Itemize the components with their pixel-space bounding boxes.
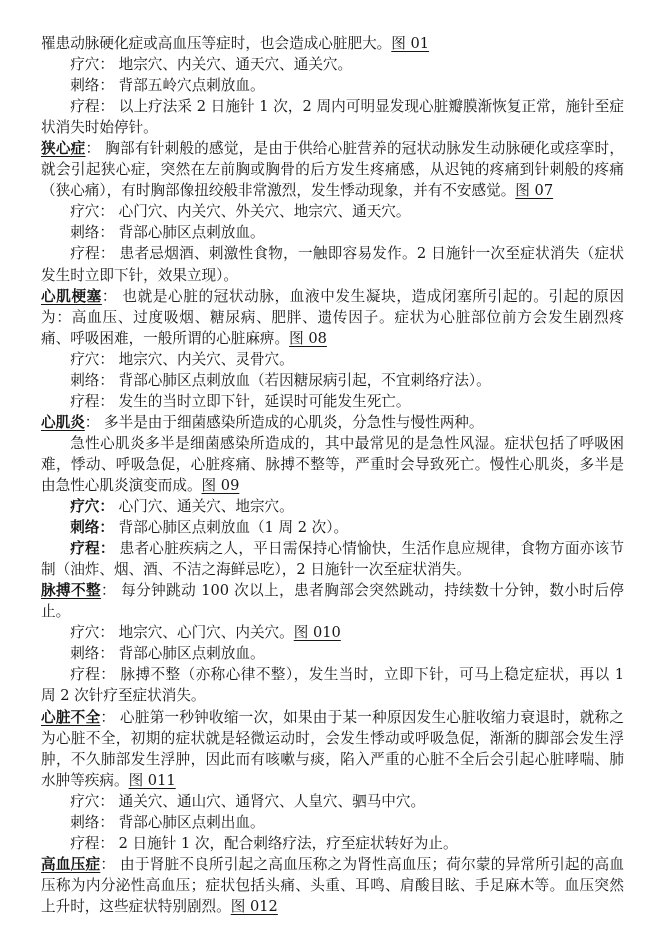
text-run: 疗程： 脉搏不整（亦称心律不整），发生当时，立即下针，可马上稳定症状，再以 1 …: [41, 666, 624, 704]
paragraph: 疗程： 以上疗法采 2 日施针 1 次，2 周内可明显发现心脏瓣膜渐恢复正常，施…: [41, 96, 624, 138]
paragraph: 罹患动脉硬化症或高血压等症时，也会造成心脏肥大。图 01: [41, 33, 624, 54]
figure-reference: 图 08: [289, 330, 327, 347]
figure-reference: 图 011: [129, 772, 176, 789]
text-run: 刺络： 背部五岭穴点刺放血。: [70, 77, 264, 94]
text-run: ： 每分钟跳动 100 次以上，患者胸部会突然跳动，持续数十分钟，数小时后停止。: [41, 582, 624, 620]
paragraph: 高血压症： 由于肾脏不良所引起之高血压称之为肾性高血压；荷尔蒙的异常所引起的高血…: [41, 854, 624, 917]
text-run: 疗穴： 地宗穴、心门穴、内关穴。: [70, 624, 294, 641]
text-run: 刺络： 背部心肺区点刺放血。: [70, 224, 264, 241]
section-angina-pectoris: 狭心症： 胸部有针刺般的感觉，是由于供给心脏营养的冠状动脉发生动脉硬化或痉挛时，…: [41, 138, 624, 285]
paragraph: 疗穴： 通关穴、通山穴、通肾穴、人皇穴、驷马中穴。: [41, 791, 624, 812]
text-run: 疗穴： 通关穴、通山穴、通肾穴、人皇穴、驷马中穴。: [70, 793, 425, 810]
paragraph: 急性心肌炎多半是细菌感染所造成的，其中最常见的是急性风湿。症状包括了呼吸困难，悸…: [41, 433, 624, 496]
text-run: ： 由于肾脏不良所引起之高血压称之为肾性高血压；荷尔蒙的异常所引起的高血压称为内…: [41, 856, 624, 915]
section-cardiac-hypertrophy-continued: 罹患动脉硬化症或高血压等症时，也会造成心脏肥大。图 01疗穴： 地宗穴、内关穴、…: [41, 33, 624, 138]
paragraph: 疗穴： 地宗穴、内关穴、通天穴、通关穴。: [41, 54, 624, 75]
paragraph: 心脏不全： 心脏第一秒钟收缩一次，如果由于某一种原因发生心脏收缩力衰退时，就称之…: [41, 707, 624, 791]
paragraph: 刺络： 背部心肺区点刺放血（1 周 2 次）。: [41, 517, 624, 538]
figure-reference: 图 012: [231, 898, 278, 915]
text-run: 背部心肺区点刺放血（1 周 2 次）。: [114, 519, 348, 536]
paragraph: 疗穴： 心门穴、内关穴、外关穴、地宗穴、通天穴。: [41, 201, 624, 222]
section-hypertension: 高血压症： 由于肾脏不良所引起之高血压称之为肾性高血压；荷尔蒙的异常所引起的高血…: [41, 854, 624, 917]
text-run: 疗程： 患者忌烟酒、刺激性食物，一触即容易发作。2 日施针一次至症状消失（症状发…: [41, 245, 624, 283]
paragraph: 刺络： 背部心肺区点刺放血（若因糖尿病引起，不宜刺络疗法）。: [41, 370, 624, 391]
paragraph: 刺络： 背部五岭穴点刺放血。: [41, 75, 624, 96]
text-run: 疗程： 2 日施针 1 次，配合刺络疗法，疗至症状转好为止。: [70, 835, 457, 852]
text-run: ： 多半是由于细菌感染所造成的心肌炎，分急性与慢性两种。: [85, 414, 484, 431]
text-run: 疗穴： 心门穴、内关穴、外关穴、地宗穴、通天穴。: [70, 203, 410, 220]
paragraph: 心肌炎： 多半是由于细菌感染所造成的心肌炎，分急性与慢性两种。: [41, 412, 624, 433]
text-run: 罹患动脉硬化症或高血压等症时，也会造成心脏肥大。: [41, 35, 391, 52]
text-run: 疗程： 以上疗法采 2 日施针 1 次，2 周内可明显发现心脏瓣膜渐恢复正常，施…: [41, 98, 624, 136]
paragraph: 疗穴： 心门穴、通关穴、地宗穴。: [41, 496, 624, 517]
section-heading: 心脏不全: [41, 709, 100, 726]
paragraph: 刺络： 背部心肺区点刺放血。: [41, 222, 624, 243]
section-irregular-pulse: 脉搏不整： 每分钟跳动 100 次以上，患者胸部会突然跳动，持续数十分钟，数小时…: [41, 580, 624, 706]
field-label: 疗程：: [70, 540, 115, 557]
paragraph: 疗程： 患者心脏疾病之人，平日需保持心情愉快，生活作息应规律，食物方面亦该节制（…: [41, 538, 624, 580]
text-run: 疗穴： 地宗穴、内关穴、灵骨穴。: [70, 351, 294, 368]
field-label: 刺络：: [70, 519, 114, 536]
paragraph: 心肌梗塞： 也就是心脏的冠状动脉，血液中发生凝块，造成闭塞所引起的。引起的原因为…: [41, 286, 624, 349]
section-heading: 高血压症: [41, 856, 100, 873]
section-myocarditis: 心肌炎： 多半是由于细菌感染所造成的心肌炎，分急性与慢性两种。急性心肌炎多半是细…: [41, 412, 624, 580]
section-myocardial-infarction: 心肌梗塞： 也就是心脏的冠状动脉，血液中发生凝块，造成闭塞所引起的。引起的原因为…: [41, 286, 624, 412]
section-cardiac-insufficiency: 心脏不全： 心脏第一秒钟收缩一次，如果由于某一种原因发生心脏收缩力衰退时，就称之…: [41, 707, 624, 854]
figure-reference: 图 09: [202, 477, 240, 494]
text-run: 疗穴： 地宗穴、内关穴、通天穴、通关穴。: [70, 56, 352, 73]
paragraph: 刺络： 背部心肺区点刺出血。: [41, 812, 624, 833]
text-run: 心门穴、通关穴、地宗穴。: [114, 498, 294, 515]
document-content: 罹患动脉硬化症或高血压等症时，也会造成心脏肥大。图 01疗穴： 地宗穴、内关穴、…: [41, 33, 624, 917]
paragraph: 疗穴： 地宗穴、心门穴、内关穴。图 010: [41, 622, 624, 643]
section-heading: 脉搏不整: [41, 582, 101, 599]
text-run: 刺络： 背部心肺区点刺放血（若因糖尿病引起，不宜刺络疗法）。: [70, 372, 491, 389]
text-run: 患者心脏疾病之人，平日需保持心情愉快，生活作息应规律，食物方面亦该节制（油炸、烟…: [41, 540, 624, 578]
figure-reference: 图 010: [294, 624, 341, 641]
paragraph: 疗穴： 地宗穴、内关穴、灵骨穴。: [41, 349, 624, 370]
paragraph: 疗程： 2 日施针 1 次，配合刺络疗法，疗至症状转好为止。: [41, 833, 624, 854]
text-run: 疗程： 发生的当时立即下针，延误时可能发生死亡。: [70, 393, 410, 410]
paragraph: 狭心症： 胸部有针刺般的感觉，是由于供给心脏营养的冠状动脉发生动脉硬化或痉挛时，…: [41, 138, 624, 201]
paragraph: 脉搏不整： 每分钟跳动 100 次以上，患者胸部会突然跳动，持续数十分钟，数小时…: [41, 580, 624, 622]
section-heading: 心肌梗塞: [41, 288, 102, 305]
text-run: ： 也就是心脏的冠状动脉，血液中发生凝块，造成闭塞所引起的。引起的原因为：高血压…: [41, 288, 624, 347]
section-heading: 心肌炎: [41, 414, 85, 431]
paragraph: 疗程： 发生的当时立即下针，延误时可能发生死亡。: [41, 391, 624, 412]
field-label: 疗穴：: [70, 498, 114, 515]
text-run: 刺络： 背部心肺区点刺放血。: [70, 645, 264, 662]
section-heading: 狭心症: [41, 140, 86, 157]
text-run: 刺络： 背部心肺区点刺出血。: [70, 814, 264, 831]
paragraph: 疗程： 脉搏不整（亦称心律不整），发生当时，立即下针，可马上稳定症状，再以 1 …: [41, 664, 624, 706]
paragraph: 刺络： 背部心肺区点刺放血。: [41, 643, 624, 664]
figure-reference: 图 07: [515, 182, 553, 199]
text-run: 急性心肌炎多半是细菌感染所造成的，其中最常见的是急性风湿。症状包括了呼吸困难，悸…: [41, 435, 624, 494]
figure-reference: 图 01: [391, 35, 429, 52]
document-page: 罹患动脉硬化症或高血压等症时，也会造成心脏肥大。图 01疗穴： 地宗穴、内关穴、…: [0, 0, 665, 945]
paragraph: 疗程： 患者忌烟酒、刺激性食物，一触即容易发作。2 日施针一次至症状消失（症状发…: [41, 243, 624, 285]
